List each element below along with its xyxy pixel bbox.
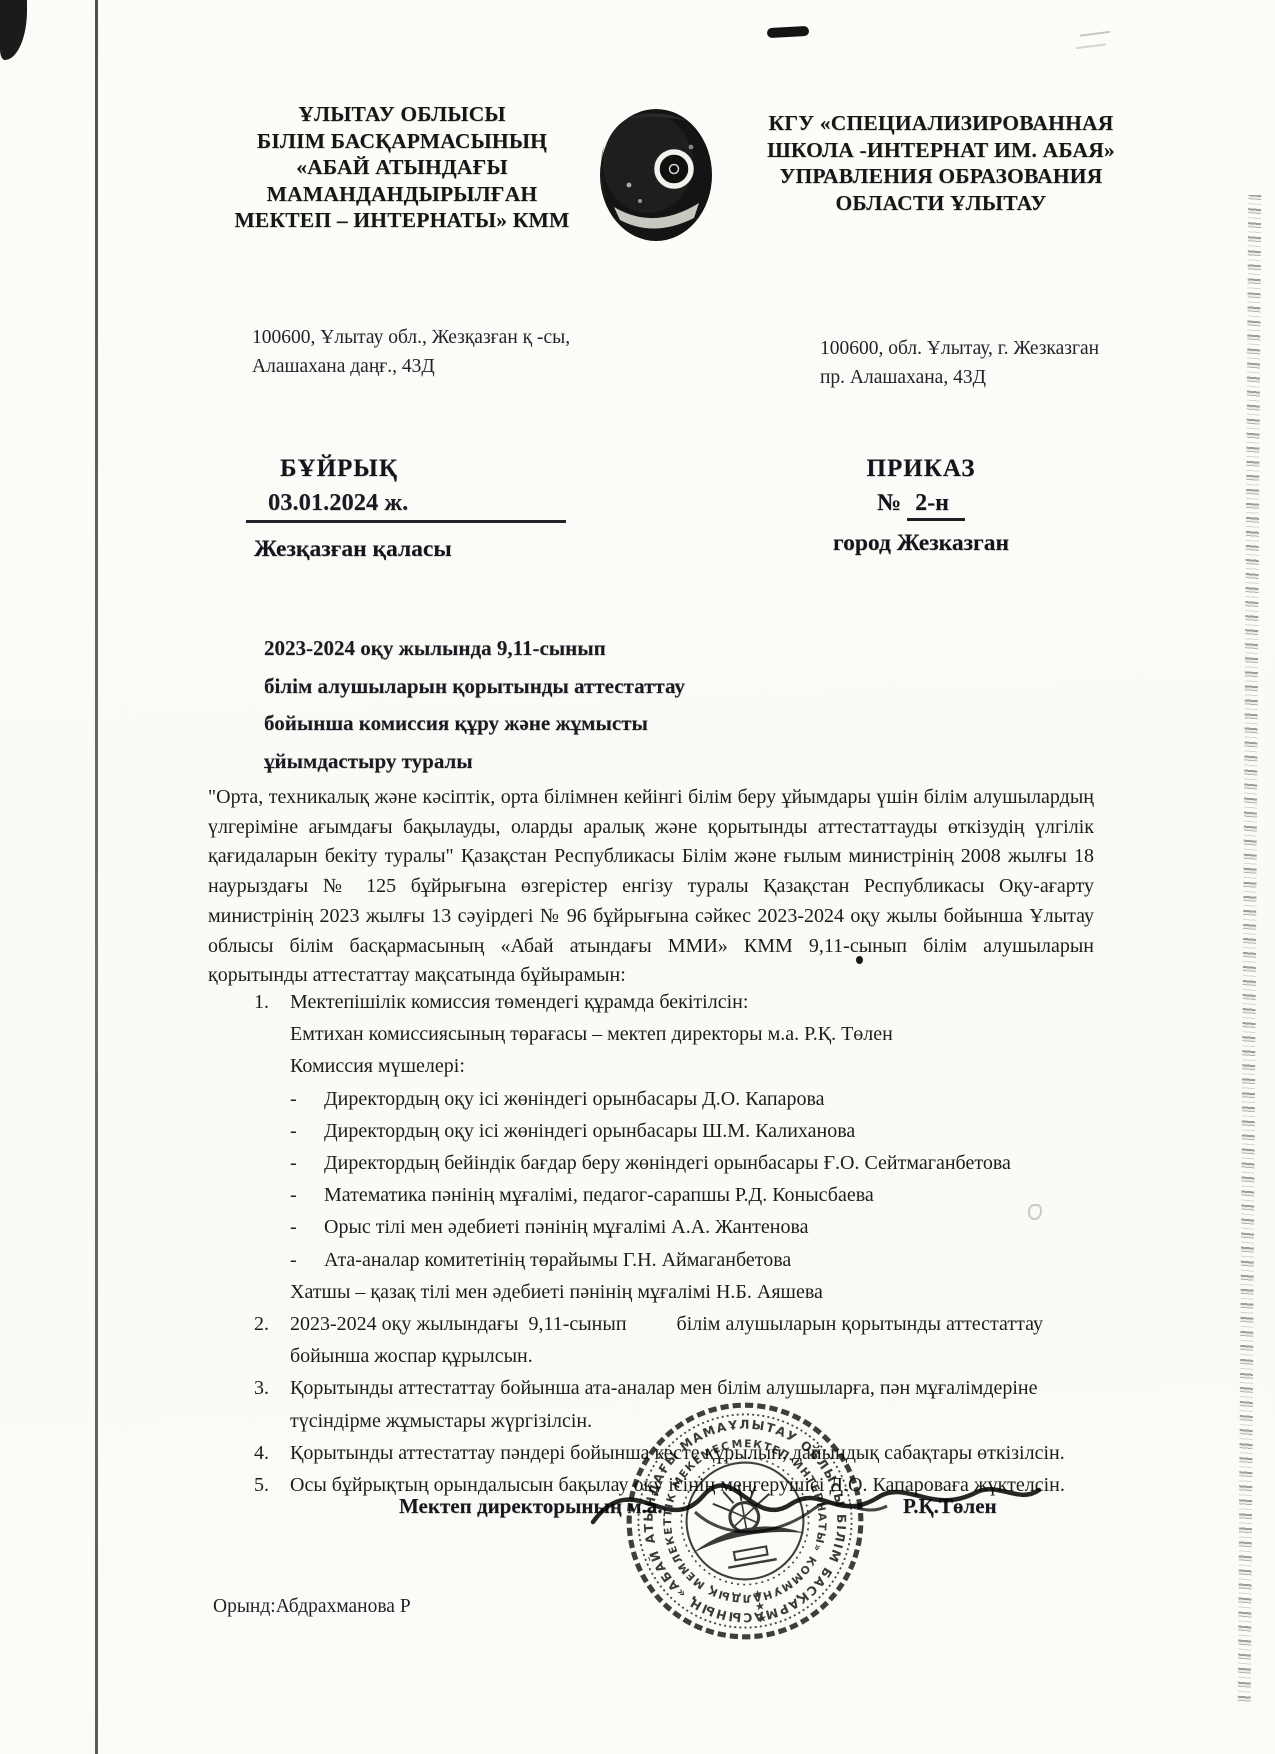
subject-line: білім алушыларын қорытынды аттестаттау bbox=[264, 668, 784, 706]
commission-member: - Директордың оқу ісі жөніндегі орынбаса… bbox=[254, 1083, 1102, 1115]
org-kk-line: «АБАЙ АТЫНДАҒЫ bbox=[212, 154, 592, 181]
address-ru-line2: пр. Алашахана, 43Д bbox=[820, 363, 1190, 392]
org-ru-line: ШКОЛА -ИНТЕРНАТ ИМ. АБАЯ» bbox=[737, 137, 1145, 164]
member-text: Орыс тілі мен әдебиеті пәнінің мұғалімі … bbox=[324, 1211, 809, 1243]
dash-bullet: - bbox=[290, 1115, 324, 1147]
dash-bullet: - bbox=[290, 1179, 324, 1211]
order-city-kazakh: Жезқазған қаласы bbox=[254, 536, 452, 563]
order-number: № 2-н bbox=[788, 490, 1054, 521]
order-title-russian: ПРИКАЗ bbox=[788, 455, 1054, 483]
org-kk-line: ҰЛЫТАУ ОБЛЫСЫ bbox=[212, 101, 592, 128]
org-kk-line: БІЛІМ БАСҚАРМАСЫНЫҢ bbox=[212, 128, 592, 155]
org-ru-line: УПРАВЛЕНИЯ ОБРАЗОВАНИЯ bbox=[737, 163, 1145, 190]
member-text: Директордың оқу ісі жөніндегі орынбасары… bbox=[324, 1083, 825, 1115]
order-date-text: 03.01.2024 ж. bbox=[268, 489, 408, 516]
scan-noise-strip bbox=[1238, 195, 1262, 1705]
kazakhstan-coat-of-arms-icon bbox=[596, 105, 718, 247]
handwritten-signature bbox=[575, 1450, 1055, 1555]
commission-member: - Математика пәнінің мұғалімі, педагог-с… bbox=[254, 1179, 1102, 1211]
scan-top-mark bbox=[767, 26, 809, 38]
member-text: Ата-аналар комитетінің төрайымы Г.Н. Айм… bbox=[324, 1244, 791, 1276]
order-city-russian: город Жезказган bbox=[788, 530, 1054, 557]
org-kk-line: МЕКТЕП – ИНТЕРНАТЫ» КММ bbox=[212, 207, 592, 234]
commission-member: - Ата-аналар комитетінің төрайымы Г.Н. А… bbox=[254, 1244, 1102, 1276]
scan-corner-blotch bbox=[0, 0, 27, 60]
member-text: Директордың оқу ісі жөніндегі орынбасары… bbox=[324, 1115, 855, 1147]
order-date: 03.01.2024 ж. bbox=[246, 489, 566, 523]
org-name-russian: КГУ «СПЕЦИАЛИЗИРОВАННАЯ ШКОЛА -ИНТЕРНАТ … bbox=[737, 110, 1145, 216]
item-number: 5. bbox=[254, 1469, 290, 1501]
dash-bullet: - bbox=[290, 1211, 324, 1243]
commission-member: - Директордың оқу ісі жөніндегі орынбаса… bbox=[254, 1115, 1102, 1147]
address-kazakh: 100600, Ұлытау обл., Жезқазған қ -сы, Ал… bbox=[252, 323, 682, 381]
org-ru-line: КГУ «СПЕЦИАЛИЗИРОВАННАЯ bbox=[737, 110, 1145, 137]
subject-line: 2023-2024 оқу жылында 9,11-сынып bbox=[264, 630, 784, 668]
order-number-value: 2-н bbox=[907, 490, 965, 521]
order-heading-russian: ПРИКАЗ № 2-н город Жезказган bbox=[788, 455, 1054, 557]
address-russian: 100600, обл. Ұлытау, г. Жезказган пр. Ал… bbox=[820, 334, 1190, 392]
org-kk-line: МАМАНДАНДЫРЫЛҒАН bbox=[212, 181, 592, 208]
commission-chair-line: Емтихан комиссиясының төрағасы – мектеп … bbox=[254, 1018, 1102, 1050]
commission-secretary-line: Хатшы – қазақ тілі мен әдебиеті пәнінің … bbox=[254, 1276, 1102, 1308]
item-number: 4. bbox=[254, 1437, 290, 1469]
address-kk-line1: 100600, Ұлытау обл., Жезқазған қ -сы, bbox=[252, 323, 682, 352]
item-number: 1. bbox=[254, 986, 290, 1018]
order-preamble-paragraph: "Орта, техникалық және кәсіптік, орта бі… bbox=[208, 783, 1094, 991]
commission-members-label: Комиссия мүшелері: bbox=[254, 1050, 1102, 1082]
subject-line: ұйымдастыру туралы bbox=[264, 743, 784, 781]
item-text: 2023-2024 оқу жылындағы 9,11-сынып білім… bbox=[290, 1308, 1102, 1372]
item-number: 2. bbox=[254, 1308, 290, 1372]
order-item-1: 1. Мектепішілік комиссия төмендегі құрам… bbox=[254, 986, 1102, 1018]
subject-line: бойынша комиссия құру және жұмысты bbox=[264, 705, 784, 743]
dash-bullet: - bbox=[290, 1083, 324, 1115]
order-item-2: 2. 2023-2024 оқу жылындағы 9,11-сынып бі… bbox=[254, 1308, 1102, 1372]
address-kk-line2: Алашахана даңғ., 43Д bbox=[252, 352, 682, 381]
order-title-kazakh: БҰЙРЫҚ bbox=[280, 455, 398, 483]
address-ru-line1: 100600, обл. Ұлытау, г. Жезказган bbox=[820, 334, 1190, 363]
item-number: 3. bbox=[254, 1372, 290, 1436]
order-subject: 2023-2024 оқу жылында 9,11-сынып білім а… bbox=[264, 630, 784, 780]
scan-edge-line bbox=[95, 0, 98, 1754]
dash-bullet: - bbox=[290, 1147, 324, 1179]
item-text: Мектепішілік комиссия төмендегі құрамда … bbox=[290, 986, 1102, 1018]
member-text: Директордың бейіндік бағдар беру жөнінде… bbox=[324, 1147, 1011, 1179]
dash-bullet: - bbox=[290, 1244, 324, 1276]
org-ru-line: ОБЛАСТИ ҰЛЫТАУ bbox=[737, 190, 1145, 217]
commission-member: - Орыс тілі мен әдебиеті пәнінің мұғалім… bbox=[254, 1211, 1102, 1243]
commission-member: - Директордың бейіндік бағдар беру жөнін… bbox=[254, 1147, 1102, 1179]
order-number-sign: № bbox=[877, 490, 901, 516]
member-text: Математика пәнінің мұғалімі, педагог-сар… bbox=[324, 1179, 874, 1211]
org-name-kazakh: ҰЛЫТАУ ОБЛЫСЫ БІЛІМ БАСҚАРМАСЫНЫҢ «АБАЙ … bbox=[212, 101, 592, 234]
scan-top-squiggle bbox=[1076, 31, 1111, 49]
scanned-order-document: ҰЛЫТАУ ОБЛЫСЫ БІЛІМ БАСҚАРМАСЫНЫҢ «АБАЙ … bbox=[0, 0, 1275, 1754]
executor-line: Орынд:Абдрахманова Р bbox=[213, 1596, 411, 1618]
